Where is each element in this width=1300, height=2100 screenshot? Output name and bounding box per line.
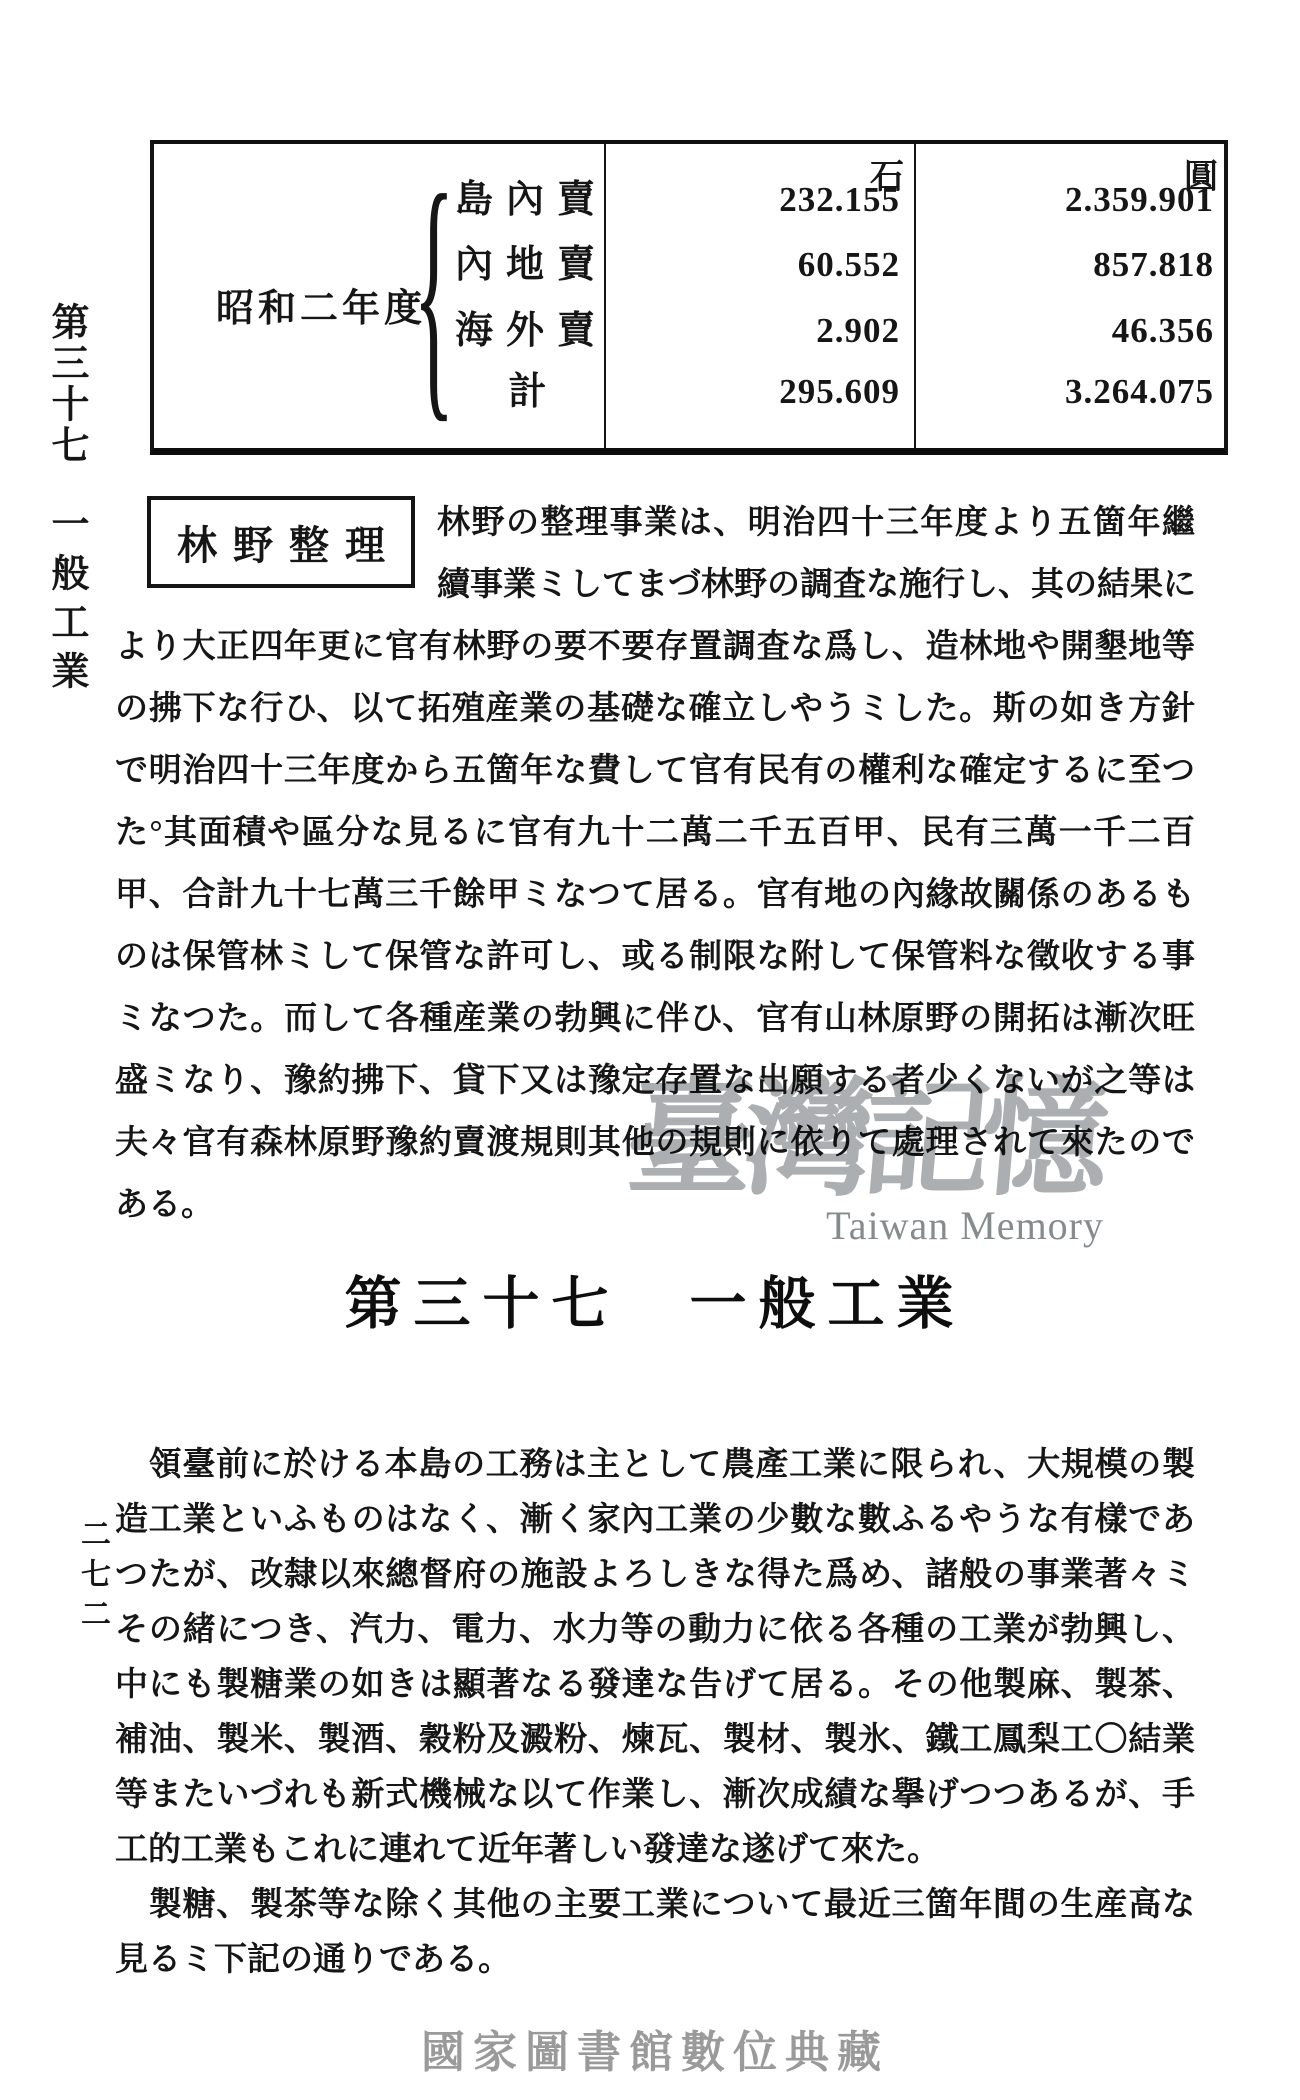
table-cell-koku: 2.902 [604,309,906,353]
margin-page-number: 二七二 [70,1518,114,1638]
body-line: 續事業ミしてまづ林野の調査な施行し、其の結果に [437,562,1195,608]
body-line: 見るミ下記の通りである。 [115,1937,1195,1983]
body-line: の拂下な行ひ、以て拓殖産業の基礎な確立しやうミした。斯の如き方針 [115,686,1195,732]
chapter-heading: 第三十七 一般工業 [115,1258,1195,1340]
table-cell-yen: 46.356 [914,309,1222,353]
body-line: 造工業といふものはなく、漸く家內工業の少數な數ふるやうな有樣であ [115,1497,1195,1543]
body-line: 工的工業もこれに連れて近年著しい發達な遂げて來た。 [115,1827,1195,1873]
table-cell-yen-total: 3.264.075 [914,370,1222,414]
table-cell-yen: 2.359.901 [914,178,1222,222]
body-line: で明治四十三年度から五箇年な費して官有民有の權利な確定するに至つ [115,748,1195,794]
table-cell-koku: 60.552 [604,243,906,287]
body-line: 盛ミなり、豫約拂下、貸下又は豫定存置な出願する者少くないが之等は [115,1058,1195,1104]
body-line: 領臺前に於ける本島の工務は主として農產工業に限られ、大規模の製 [115,1442,1195,1488]
table-cell-yen: 857.818 [914,243,1222,287]
table-row-label-total: 計 [455,371,600,413]
table-cell-koku: 232.155 [604,178,906,222]
body-line: 林野の整理事業は、明治四十三年度より五箇年繼 [437,500,1195,546]
margin-chapter-label: 第三十七一般工業 [44,302,88,822]
table-year-label: 昭和二年度 [216,277,426,332]
scanned-book-page: { "margin": { "chapter_top": "第三十七", "ch… [0,0,1300,2100]
body-line: つたが、改隸以來總督府の施設よろしきな得た爲め、諸般の事業著々ミ [115,1552,1195,1598]
body-line: 中にも製糖業の如きは顯著なる發達な告げて居る。その他製麻、製茶、 [115,1662,1195,1708]
body-line: ある。 [115,1182,1195,1228]
footer-caption: 國家圖書館數位典藏 [115,2016,1195,2080]
margin-chapter-number: 第三十七 [45,302,87,466]
body-line: 夫々官有森林原野豫約賣渡規則其他の規則に依りて處理されて來たので [115,1120,1195,1166]
body-line: 製糖、製茶等な除く其他の主要工業について最近三箇年間の生産高な [115,1882,1195,1928]
body-line: ミなつた。而して各種産業の勃興に伴ひ、官有山林原野の開拓は漸次旺 [115,996,1195,1042]
table-row-label: 島內賣 [455,179,600,221]
table-row-label: 海外賣 [455,310,600,352]
table-row-label: 內地賣 [455,244,600,286]
body-line: 甲、合計九十七萬三千餘甲ミなつて居る。官有地の內緣故關係のあるも [115,872,1195,918]
body-line: より大正四年更に官有林野の要不要存置調査な爲し、造林地や開墾地等 [115,624,1195,670]
body-line: た°其面積や區分な見るに官有九十二萬二千五百甲、民有三萬一千二百 [115,810,1195,856]
body-line: その緒につき、汽力、電力、水力等の動力に依る各種の工業が勃興し、 [115,1607,1195,1653]
rinya-seiri-section-box: 林野整理 [147,496,415,588]
margin-chapter-title: 一般工業 [45,504,87,700]
body-line: 等またいづれも新式機械な以て作業し、漸次成績な擧げつつあるが、手 [115,1772,1195,1818]
body-line: 補油、製米、製酒、穀粉及澱粉、煉瓦、製材、製氷、鐵工鳳梨工〇結業 [115,1717,1195,1763]
table-brace: { [412,164,456,426]
table-cell-koku-total: 295.609 [604,370,906,414]
body-line: のは保管林ミして保管な許可し、或る制限な附して保管料な徵收する事 [115,934,1195,980]
sales-statistics-table: 昭和二年度 { 島內賣 內地賣 海外賣 計 石 圓 232.155 60.552… [150,140,1228,455]
rinya-seiri-section-label: 林野整理 [161,514,401,571]
